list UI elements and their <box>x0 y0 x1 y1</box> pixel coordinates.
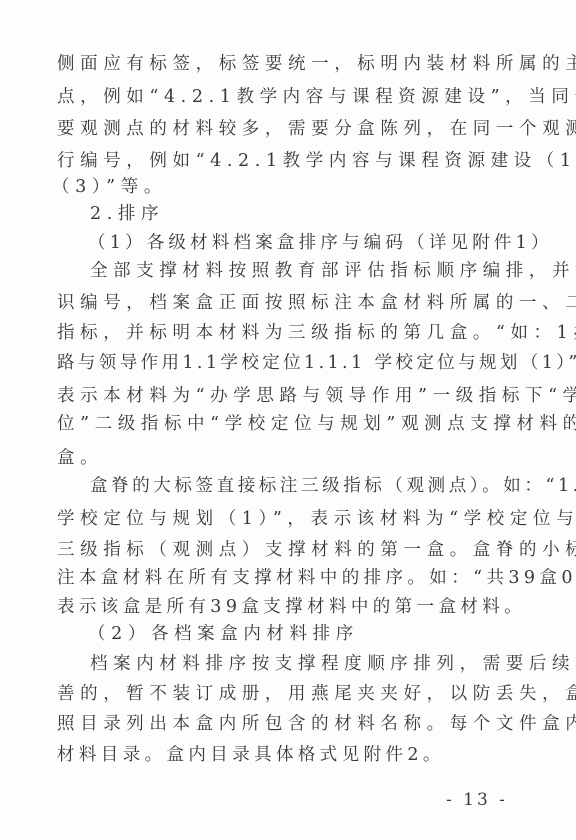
section-heading: 2.排序 <box>90 203 530 225</box>
paragraph-line: 善的，暂不装订成册，用燕尾夹夹好，以防丢失，盒内须按 <box>57 683 497 705</box>
document-page: 侧面应有标签，标签要统一，标明内装材料所属的主要观测 点，例如“4.2.1教学内… <box>0 0 576 840</box>
paragraph-line: 盒。 <box>57 447 497 469</box>
paragraph-line: 位”二级指标中“学校定位与规划”观测点支撑材料的第一 <box>57 413 497 435</box>
paragraph-line: 照目录列出本盒内所包含的材料名称。每个文件盒内必须有 <box>57 713 497 735</box>
subsection-heading: （1）各级材料档案盒排序与编码（详见附件1） <box>88 232 528 254</box>
paragraph-line: 点，例如“4.2.1教学内容与课程资源建设”，当同一个主 <box>57 86 497 108</box>
paragraph-line: 三级指标（观测点）支撑材料的第一盒。盒脊的小标签只标 <box>57 539 497 561</box>
paragraph-line: 盒脊的大标签直接标注三级指标（观测点）。如：“1.1.1 <box>90 475 497 497</box>
paragraph-line: 侧面应有标签，标签要统一，标明内装材料所属的主要观测 <box>57 53 497 75</box>
paragraph-line: 路与领导作用1.1学校定位1.1.1 学校定位与规划（1）”， <box>57 352 497 374</box>
page-number: - 13 - <box>446 790 508 810</box>
paragraph-line: 材料目录。盒内目录具体格式见附件2。 <box>57 744 497 766</box>
subsection-heading: （2）各档案盒内材料排序 <box>88 623 528 645</box>
paragraph-line: 要观测点的材料较多，需要分盒陈列，在同一个观测点内进 <box>57 118 497 140</box>
paragraph-line: 表示本材料为“办学思路与领导作用”一级指标下“学校定 <box>57 385 497 407</box>
paragraph-line: 行编号，例如“4.2.1教学内容与课程资源建设（1）（2） <box>57 150 497 172</box>
paragraph-line: （3）”等。 <box>52 176 492 198</box>
paragraph-line: 学校定位与规划（1）”，表示该材料为“学校定位与规划 <box>57 508 497 530</box>
paragraph-line: 表示该盒是所有39盒支撑材料中的第一盒材料。 <box>57 596 497 618</box>
paragraph-line: 全部支撑材料按照教育部评估指标顺序编排，并编写标 <box>90 260 497 282</box>
paragraph-line: 指标，并标明本材料为三级指标的第几盒。“如：1办学思 <box>57 322 497 344</box>
paragraph-line: 识编号，档案盒正面按照标注本盒材料所属的一、二、三级 <box>57 292 497 314</box>
paragraph-line: 注本盒材料在所有支撑材料中的排序。如：“共39盒01”， <box>57 567 497 589</box>
paragraph-line: 档案内材料排序按支撑程度顺序排列，需要后续补充完 <box>90 653 497 675</box>
